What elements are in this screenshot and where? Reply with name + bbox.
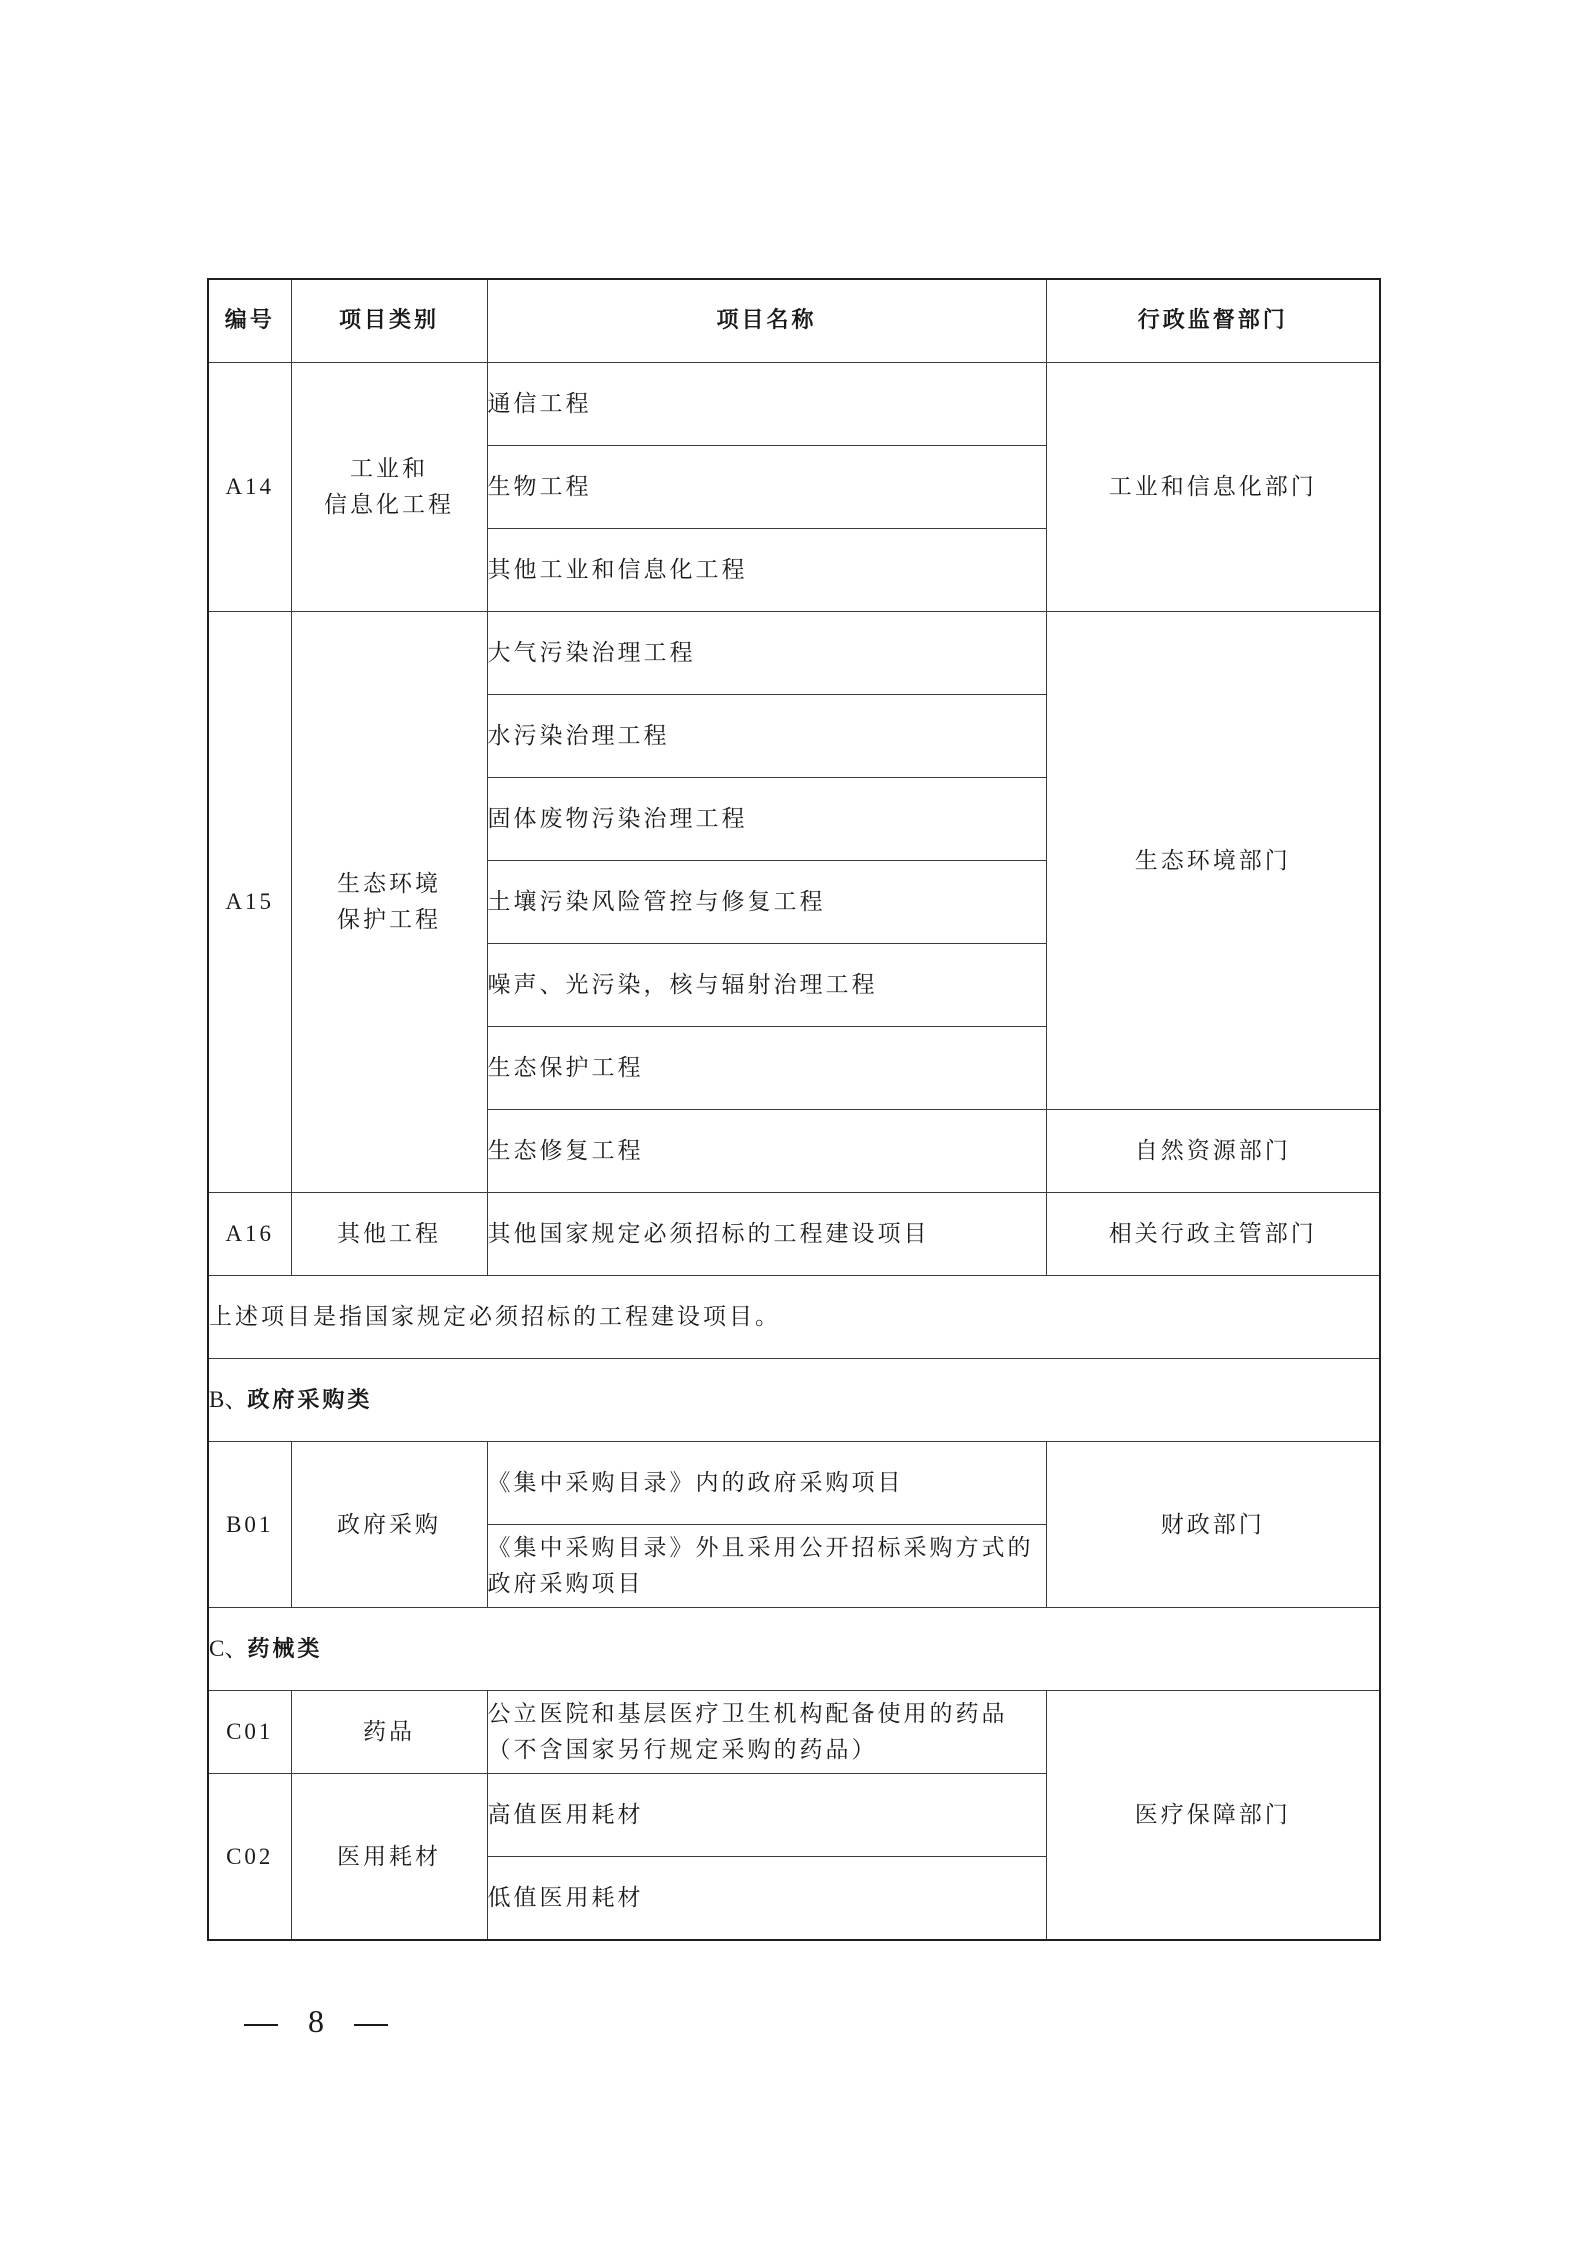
category-line: 保护工程 — [292, 902, 487, 938]
item-cell: 其他工业和信息化工程 — [487, 529, 1046, 612]
section-heading-b: B、政府采购类 — [208, 1359, 1380, 1442]
note-row: 上述项目是指国家规定必须招标的工程建设项目。 — [208, 1276, 1380, 1359]
department-cell: 工业和信息化部门 — [1046, 363, 1380, 612]
department-cell: 自然资源部门 — [1046, 1110, 1380, 1193]
header-category: 项目类别 — [291, 279, 487, 363]
section-row: C、药械类 — [208, 1608, 1380, 1691]
item-cell: 土壤污染风险管控与修复工程 — [487, 861, 1046, 944]
item-cell: 通信工程 — [487, 363, 1046, 446]
category-cell: 医用耗材 — [291, 1774, 487, 1941]
category-cell: 工业和 信息化工程 — [291, 363, 487, 612]
table-row: B01 政府采购 《集中采购目录》内的政府采购项目 财政部门 — [208, 1442, 1380, 1525]
table-row: C01 药品 公立医院和基层医疗卫生机构配备使用的药品（不含国家另行规定采购的药… — [208, 1691, 1380, 1774]
code-cell: A15 — [208, 612, 291, 1193]
item-cell: 大气污染治理工程 — [487, 612, 1046, 695]
section-name: 政府采购类 — [247, 1388, 372, 1413]
item-cell: 生物工程 — [487, 446, 1046, 529]
item-cell: 低值医用耗材 — [487, 1857, 1046, 1941]
category-cell: 药品 — [291, 1691, 487, 1774]
item-cell: 高值医用耗材 — [487, 1774, 1046, 1857]
code-cell: A14 — [208, 363, 291, 612]
section-name: 药械类 — [247, 1637, 322, 1662]
section-letter: C、 — [209, 1636, 247, 1661]
category-cell: 其他工程 — [291, 1193, 487, 1276]
item-cell: 其他国家规定必须招标的工程建设项目 — [487, 1193, 1046, 1276]
dash-decoration — [244, 2024, 278, 2026]
document-page: 编号 项目类别 项目名称 行政监督部门 A14 工业和 信息化工程 通信工程 工… — [0, 0, 1587, 2245]
code-cell: C02 — [208, 1774, 291, 1941]
item-cell: 《集中采购目录》内的政府采购项目 — [487, 1442, 1046, 1525]
department-cell: 医疗保障部门 — [1046, 1691, 1380, 1941]
table-row: A15 生态环境 保护工程 大气污染治理工程 生态环境部门 — [208, 612, 1380, 695]
note-text: 上述项目是指国家规定必须招标的工程建设项目。 — [208, 1276, 1380, 1359]
table-row: A14 工业和 信息化工程 通信工程 工业和信息化部门 — [208, 363, 1380, 446]
category-line: 信息化工程 — [292, 487, 487, 523]
code-cell: C01 — [208, 1691, 291, 1774]
category-cell: 政府采购 — [291, 1442, 487, 1608]
item-cell: 固体废物污染治理工程 — [487, 778, 1046, 861]
section-letter: B、 — [209, 1387, 247, 1412]
page-number: 8 — [244, 2003, 388, 2040]
department-cell: 生态环境部门 — [1046, 612, 1380, 1110]
header-department: 行政监督部门 — [1046, 279, 1380, 363]
code-cell: B01 — [208, 1442, 291, 1608]
code-cell: A16 — [208, 1193, 291, 1276]
table-row: A16 其他工程 其他国家规定必须招标的工程建设项目 相关行政主管部门 — [208, 1193, 1380, 1276]
item-cell: 生态保护工程 — [487, 1027, 1046, 1110]
item-cell: 《集中采购目录》外且采用公开招标采购方式的政府采购项目 — [487, 1525, 1046, 1608]
item-cell: 生态修复工程 — [487, 1110, 1046, 1193]
item-cell: 水污染治理工程 — [487, 695, 1046, 778]
category-cell: 生态环境 保护工程 — [291, 612, 487, 1193]
supervision-table: 编号 项目类别 项目名称 行政监督部门 A14 工业和 信息化工程 通信工程 工… — [207, 278, 1381, 1941]
header-name: 项目名称 — [487, 279, 1046, 363]
section-row: B、政府采购类 — [208, 1359, 1380, 1442]
section-heading-c: C、药械类 — [208, 1608, 1380, 1691]
department-cell: 财政部门 — [1046, 1442, 1380, 1608]
category-line: 生态环境 — [292, 866, 487, 902]
header-code: 编号 — [208, 279, 291, 363]
item-cell: 公立医院和基层医疗卫生机构配备使用的药品（不含国家另行规定采购的药品） — [487, 1691, 1046, 1774]
category-line: 工业和 — [292, 451, 487, 487]
department-cell: 相关行政主管部门 — [1046, 1193, 1380, 1276]
page-number-value: 8 — [308, 2003, 324, 2040]
item-cell: 噪声、光污染，核与辐射治理工程 — [487, 944, 1046, 1027]
dash-decoration — [354, 2024, 388, 2026]
table-header-row: 编号 项目类别 项目名称 行政监督部门 — [208, 279, 1380, 363]
